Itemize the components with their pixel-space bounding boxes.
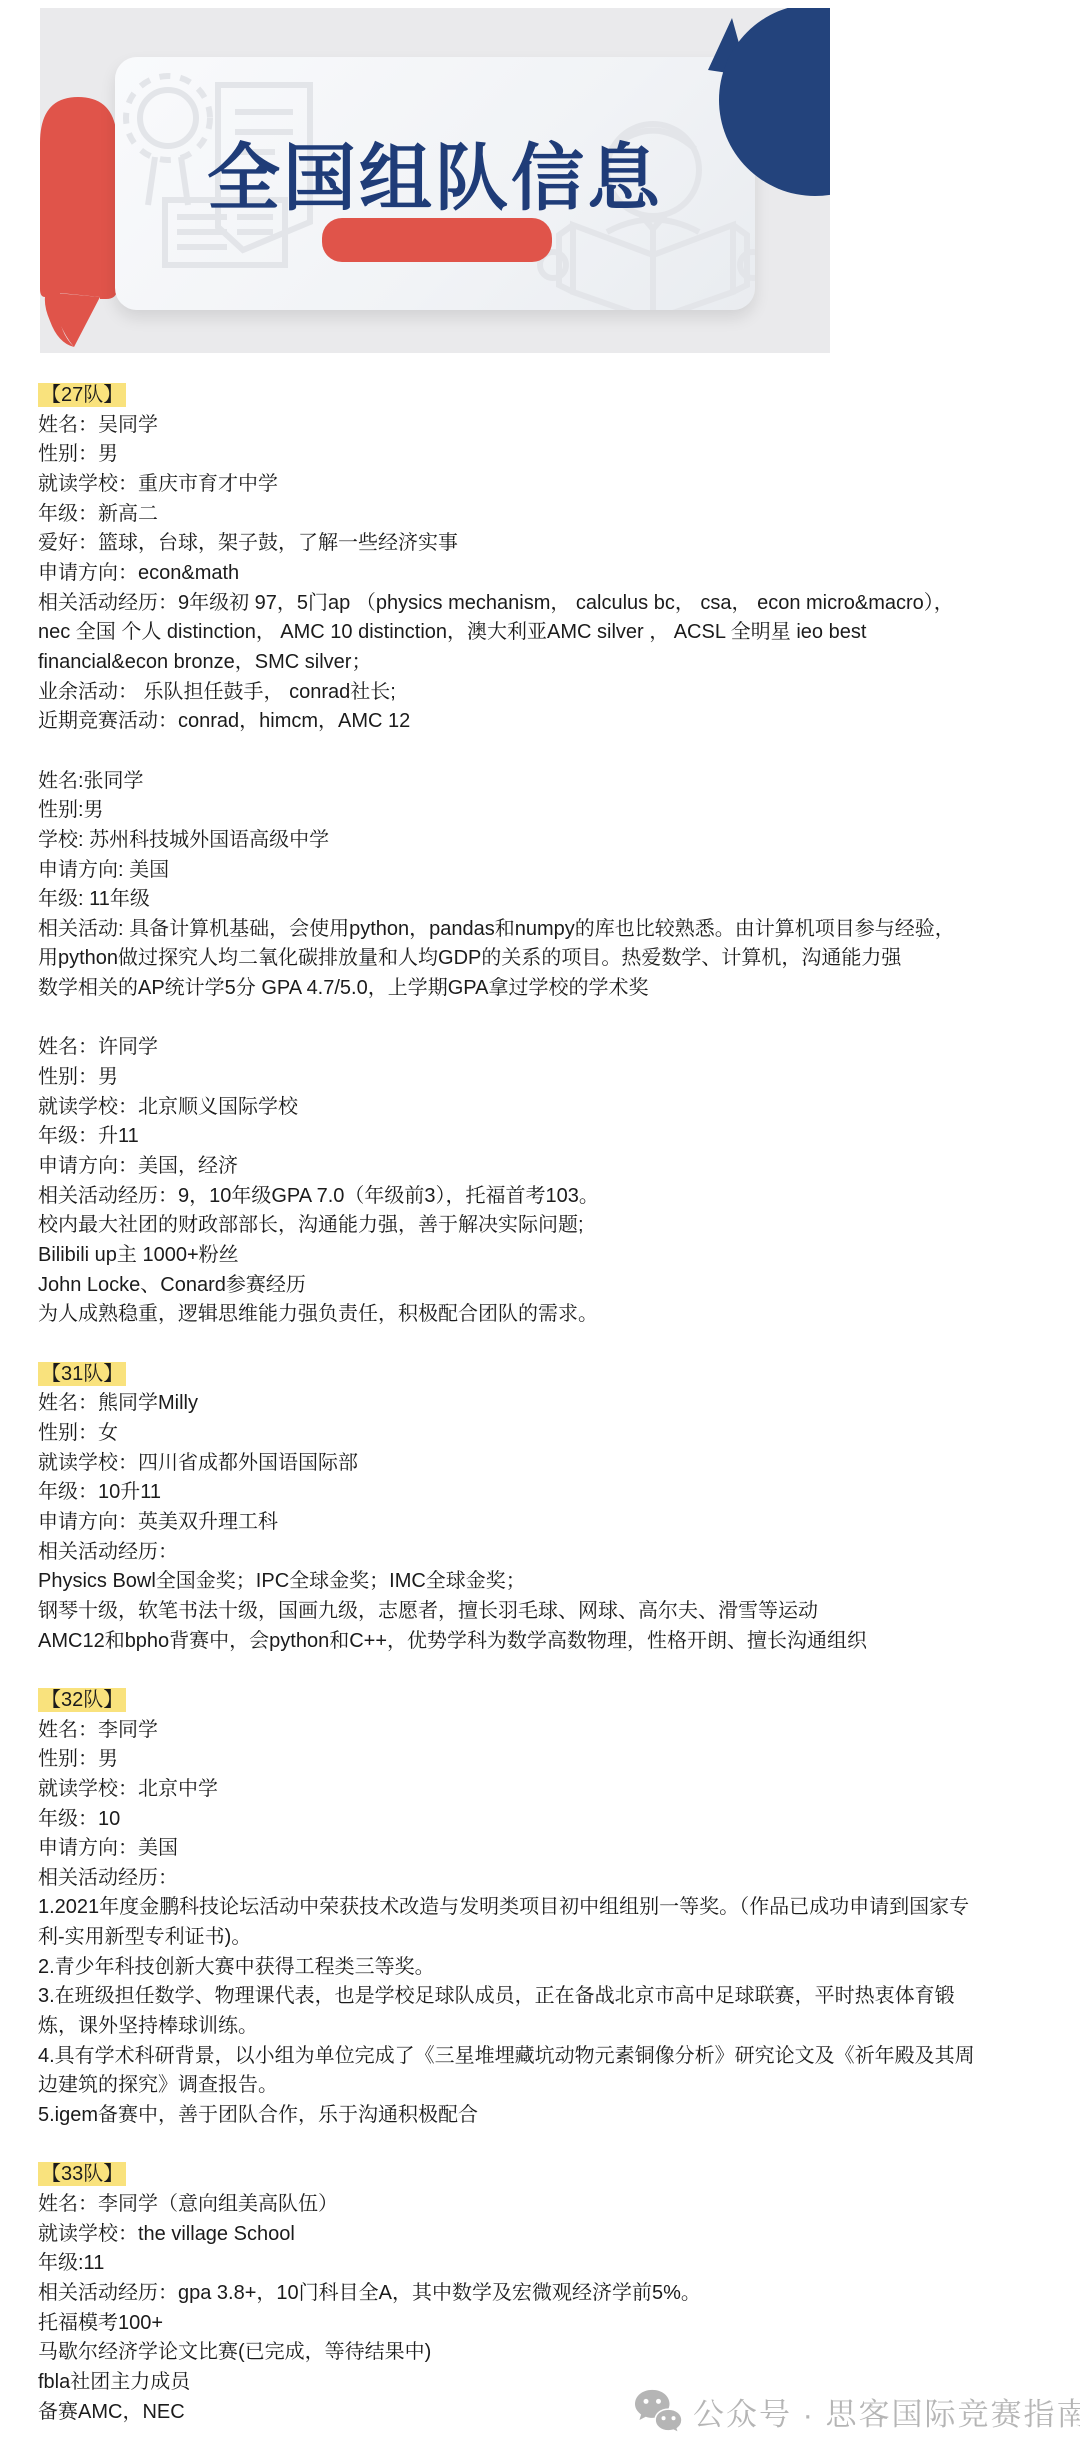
info-line: 相关活动: 具备计算机基础，会使用python，pandas和numpy的库也比…: [38, 915, 1050, 945]
info-line: 就读学校：四川省成都外国语国际部: [38, 1449, 1050, 1479]
medal-rosette-icon: [126, 76, 210, 205]
blank-line: [38, 1330, 1050, 1360]
account-watermark: 公众号 · 思客国际竞赛指南: [633, 2388, 1080, 2434]
info-line: 近期竞赛活动：conrad，himcm，AMC 12: [38, 707, 1050, 737]
info-line: 年级：升11: [38, 1122, 1050, 1152]
watermark-text: 公众号 · 思客国际竞赛指南: [693, 2389, 1080, 2434]
blue-blob-shape: [700, 8, 830, 208]
team-header-line: 【31队】: [38, 1360, 1050, 1390]
team-header-line: 【27队】: [38, 381, 1050, 411]
info-line: 性别:男: [38, 796, 1050, 826]
info-line: 为人成熟稳重，逻辑思维能力强负责任，积极配合团队的需求。: [38, 1300, 1050, 1330]
info-line: 姓名：李同学（意向组美高队伍）: [38, 2190, 1050, 2220]
info-line: 年级：10: [38, 1805, 1050, 1835]
info-line: 校内最大社团的财政部部长，沟通能力强，善于解决实际问题;: [38, 1211, 1050, 1241]
info-line: 1.2021年度金鹏科技论坛活动中荣获技术改造与发明类项目初中组组别一等奖。（作…: [38, 1893, 1050, 1923]
info-line: 2.青少年科技创新大赛中获得工程类三等奖。: [38, 1953, 1050, 1983]
info-line: 性别：男: [38, 1745, 1050, 1775]
info-line: nec 全国 个人 distinction， AMC 10 distinctio…: [38, 618, 1050, 648]
info-line: 姓名:张同学: [38, 767, 1050, 797]
blank-line: [38, 1004, 1050, 1034]
info-line: 就读学校：重庆市育才中学: [38, 470, 1050, 500]
info-line: 性别：男: [38, 440, 1050, 470]
info-line: 业余活动： 乐队担任鼓手， conrad社长;: [38, 678, 1050, 708]
info-line: 申请方向：美国: [38, 1834, 1050, 1864]
blank-line: [38, 2131, 1050, 2161]
info-line: 性别：男: [38, 1063, 1050, 1093]
wechat-icon: [633, 2388, 683, 2434]
info-line: 5.igem备赛中，善于团队合作，乐于沟通积极配合: [38, 2101, 1050, 2131]
info-line: 年级：10升11: [38, 1478, 1050, 1508]
info-line: 申请方向：英美双升理工科: [38, 1508, 1050, 1538]
info-line: John Locke、Conard参赛经历: [38, 1271, 1050, 1301]
blank-line: [38, 737, 1050, 767]
info-line: 年级:11: [38, 2249, 1050, 2279]
info-line: 用python做过探究人均二氧化碳排放量和人均GDP的关系的项目。热爱数学、计算…: [38, 944, 1050, 974]
info-line: 相关活动经历：9，10年级GPA 7.0（年级前3），托福首考103。: [38, 1182, 1050, 1212]
team-header-highlight: 【33队】: [38, 2162, 126, 2186]
info-line: 托福模考100+: [38, 2309, 1050, 2339]
info-line: 申请方向：econ&math: [38, 559, 1050, 589]
info-line: Bilibili up主 1000+粉丝: [38, 1241, 1050, 1271]
info-line: 姓名：熊同学Milly: [38, 1389, 1050, 1419]
info-line: 数学相关的AP统计学5分 GPA 4.7/5.0，上学期GPA拿过学校的学术奖: [38, 974, 1050, 1004]
info-line: 年级：新高二: [38, 500, 1050, 530]
info-line: 相关活动经历：9年级初 97，5门ap （physics mechanism， …: [38, 589, 1050, 619]
team-header-line: 【33队】: [38, 2160, 1050, 2190]
info-line: Physics Bowl全国金奖；IPC全球金奖；IMC全球金奖；: [38, 1567, 1050, 1597]
team-header-highlight: 【31队】: [38, 1362, 126, 1386]
info-line: 相关活动经历：gpa 3.8+，10门科目全A，其中数学及宏微观经济学前5%。: [38, 2279, 1050, 2309]
info-line: 3.在班级担任数学、物理课代表，也是学校足球队成员，正在备战北京市高中足球联赛，…: [38, 1982, 1050, 2012]
info-line: 钢琴十级，软笔书法十级，国画九级，志愿者，擅长羽毛球、网球、高尔夫、滑雪等运动: [38, 1597, 1050, 1627]
info-line: 学校: 苏州科技城外国语高级中学: [38, 826, 1050, 856]
info-line: AMC12和bpho背赛中，会python和C++，优势学科为数学高数物理，性格…: [38, 1627, 1050, 1657]
info-line: financial&econ bronze，SMC silver；: [38, 648, 1050, 678]
info-line: 性别：女: [38, 1419, 1050, 1449]
info-line: 申请方向：美国，经济: [38, 1152, 1050, 1182]
info-line: 姓名：李同学: [38, 1716, 1050, 1746]
info-line: 相关活动经历：: [38, 1538, 1050, 1568]
team-header-highlight: 【32队】: [38, 1688, 126, 1712]
info-line: 马歇尔经济学论文比赛(已完成，等待结果中): [38, 2338, 1050, 2368]
info-line: 炼，课外坚持棒球训练。: [38, 2012, 1050, 2042]
info-line: 爱好：篮球，台球，架子鼓，了解一些经济实事: [38, 529, 1050, 559]
info-line: 申请方向: 美国: [38, 856, 1050, 886]
info-line: 边建筑的探究》调查报告。: [38, 2071, 1050, 2101]
info-line: 姓名：吴同学: [38, 411, 1050, 441]
blank-line: [38, 1656, 1050, 1686]
banner: 全国组队信息: [40, 8, 830, 353]
info-line: 利-实用新型专利证书)。: [38, 1923, 1050, 1953]
banner-card: 全国组队信息: [115, 57, 755, 310]
team-header-line: 【32队】: [38, 1686, 1050, 1716]
info-line: 4.具有学术科研背景，以小组为单位完成了《三星堆埋藏坑动物元素铜像分析》研究论文…: [38, 2042, 1050, 2072]
info-line: 相关活动经历：: [38, 1864, 1050, 1894]
content: 【27队】姓名：吴同学性别：男就读学校：重庆市育才中学年级：新高二爱好：篮球，台…: [38, 381, 1050, 2427]
info-line: 姓名：许同学: [38, 1033, 1050, 1063]
banner-title: 全国组队信息: [207, 119, 663, 224]
info-line: 就读学校：the village School: [38, 2220, 1050, 2250]
info-line: 就读学校：北京顺义国际学校: [38, 1093, 1050, 1123]
article-page: 全国组队信息 【27队】姓名：吴同学性别：男就读学校：重庆市育才中学年级：新高二…: [0, 0, 1080, 2455]
red-speech-bubble-shape: [40, 97, 117, 353]
info-line: 就读学校：北京中学: [38, 1775, 1050, 1805]
title-underline-pill: [322, 218, 552, 262]
team-header-highlight: 【27队】: [38, 383, 126, 407]
info-line: 年级: 11年级: [38, 885, 1050, 915]
